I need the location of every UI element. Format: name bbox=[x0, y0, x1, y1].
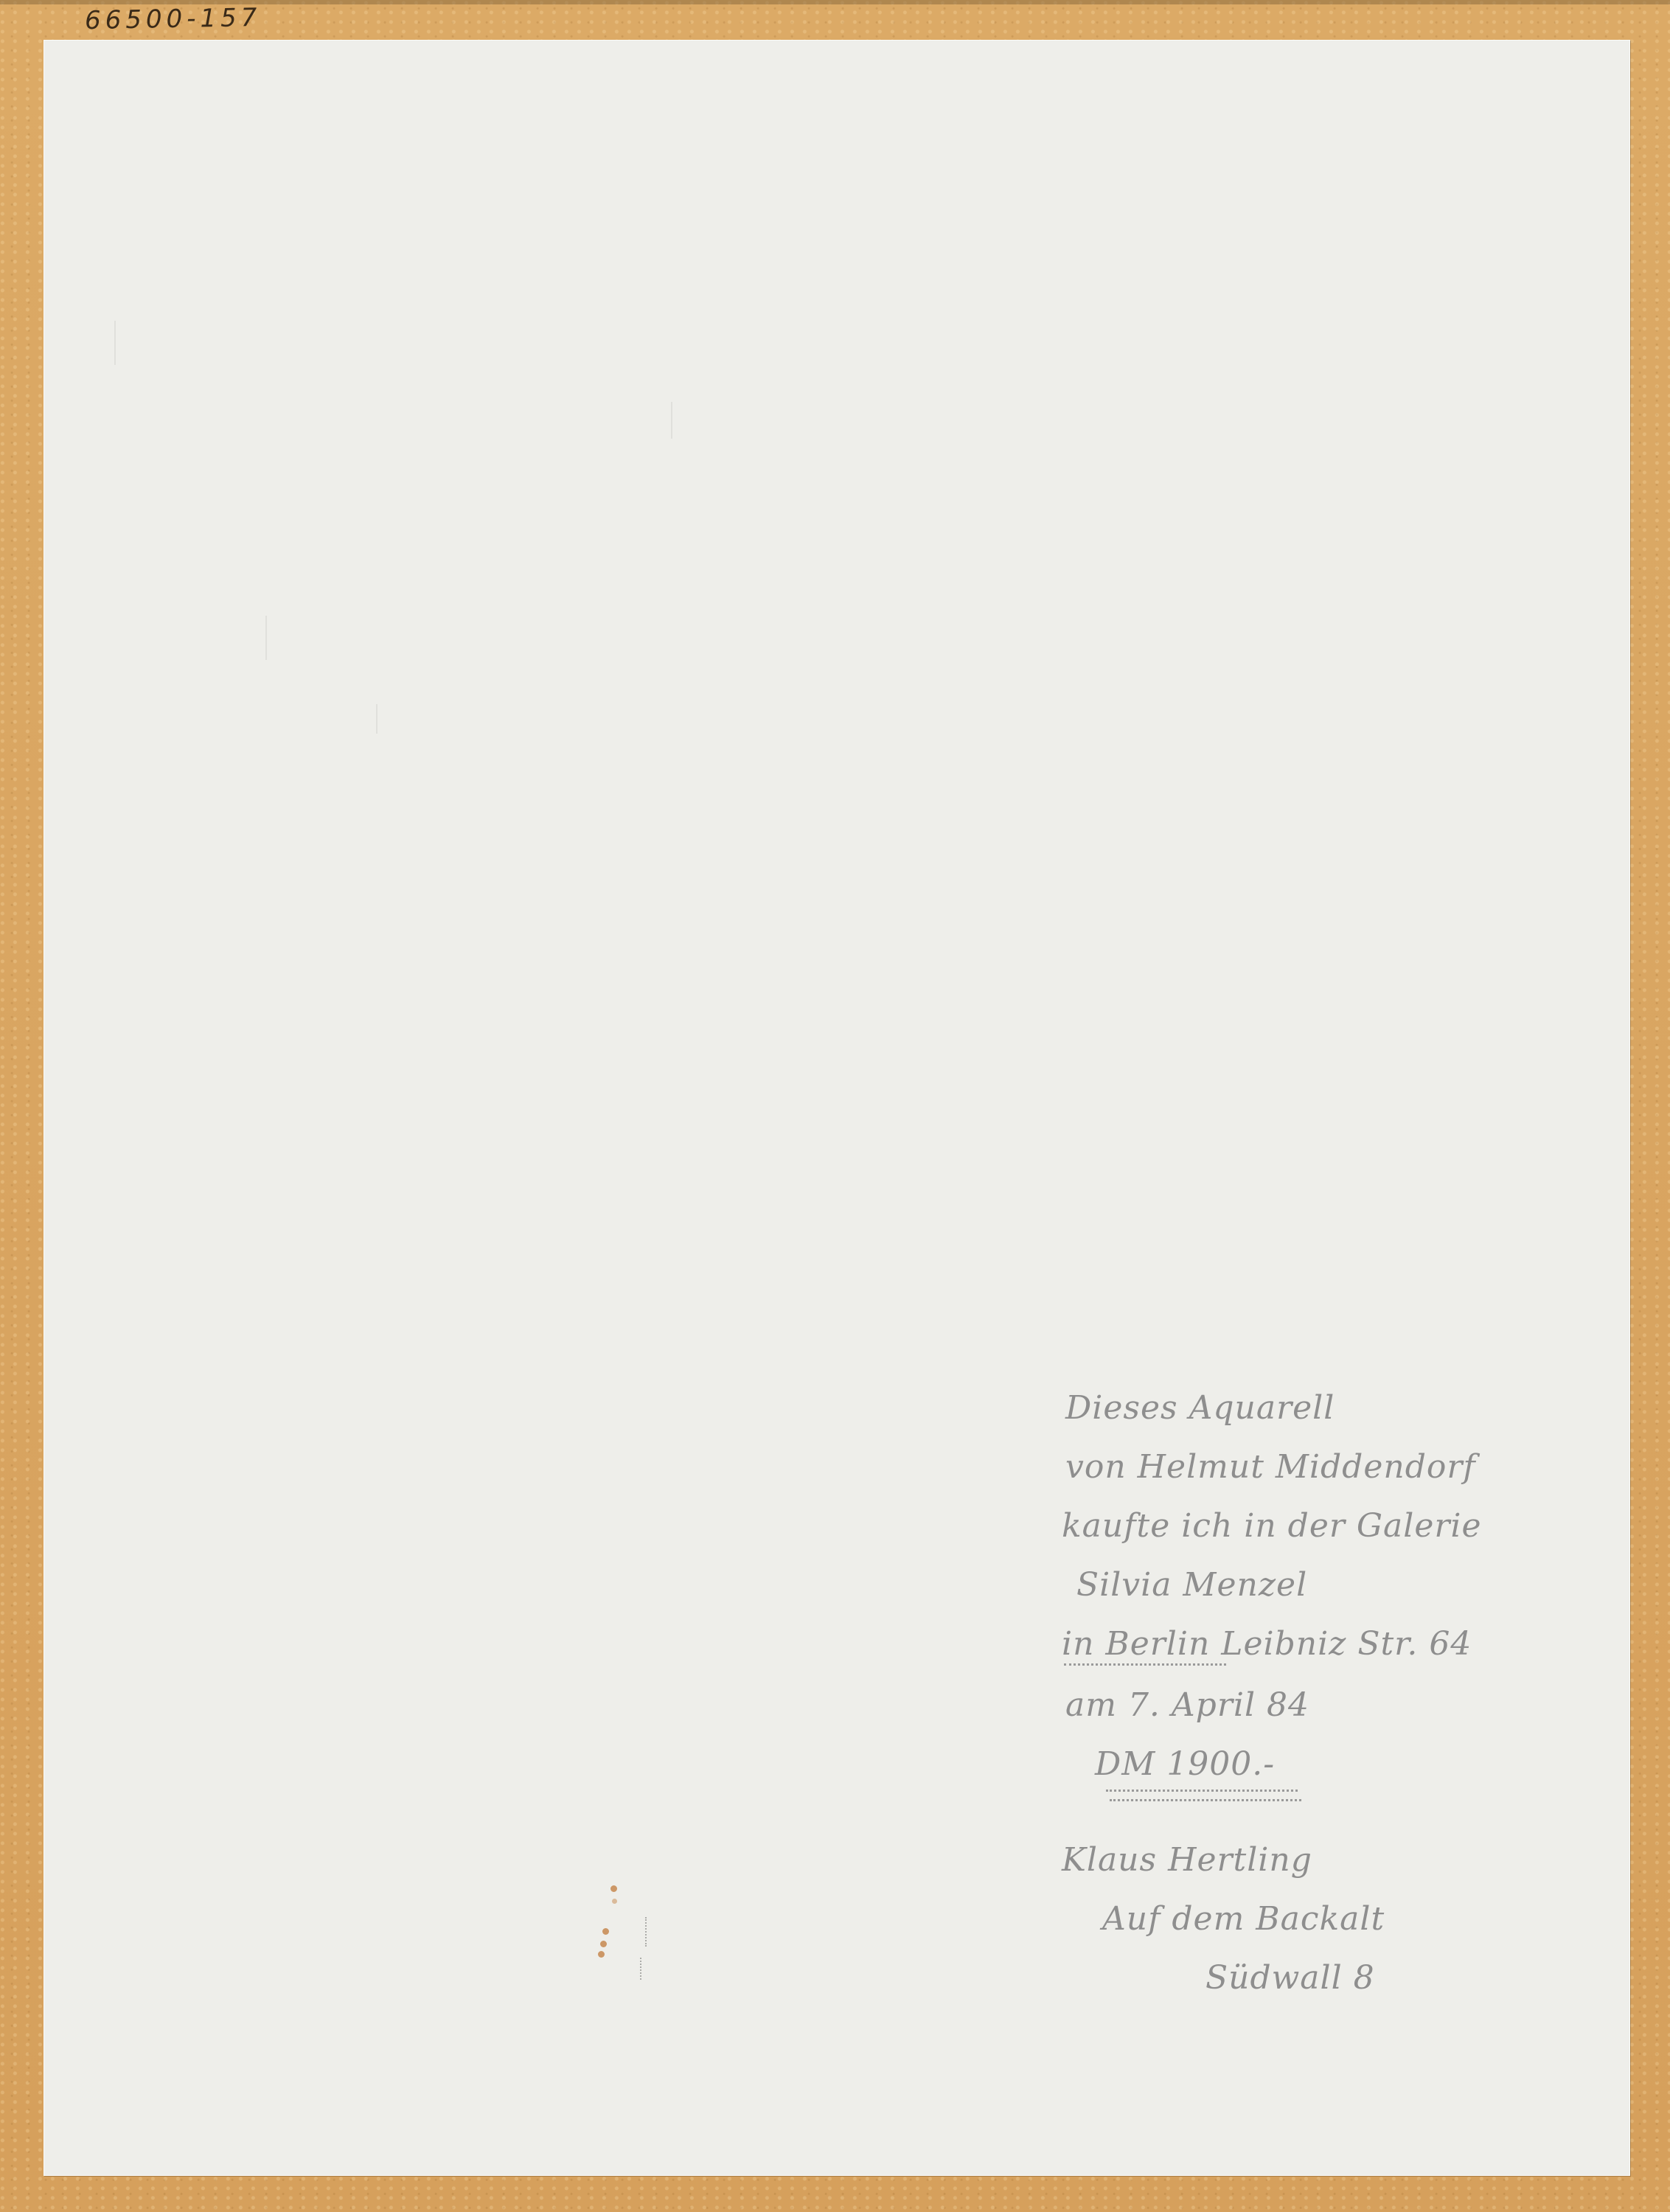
note-line: in Berlin Leibniz Str. 64 bbox=[1036, 1615, 1596, 1674]
pencil-scribble bbox=[645, 1917, 647, 1947]
foxing-stain bbox=[610, 1885, 617, 1892]
note-line: Südwall 8 bbox=[1036, 1949, 1596, 2008]
foxing-stain bbox=[598, 1951, 605, 1958]
note-line: von Helmut Middendorf bbox=[1036, 1438, 1596, 1497]
note-line: Dieses Aquarell bbox=[1036, 1379, 1596, 1438]
underline bbox=[1110, 1799, 1301, 1801]
foxing-stain bbox=[600, 1941, 607, 1947]
foxing-stain bbox=[602, 1928, 609, 1935]
provenance-note: Dieses Aquarell von Helmut Middendorf ka… bbox=[1036, 1379, 1596, 2008]
pencil-scribble bbox=[640, 1958, 641, 1980]
faint-pencil-mark bbox=[265, 616, 267, 660]
faint-pencil-mark bbox=[376, 704, 378, 734]
note-line: am 7. April 84 bbox=[1036, 1676, 1596, 1735]
note-line: kaufte ich in der Galerie bbox=[1036, 1497, 1596, 1556]
foxing-stain bbox=[612, 1899, 617, 1904]
inventory-number: 66500-157 bbox=[85, 3, 262, 35]
note-line: Silvia Menzel bbox=[1036, 1556, 1596, 1615]
faint-pencil-mark bbox=[114, 321, 116, 365]
note-line: Klaus Hertling bbox=[1036, 1831, 1596, 1890]
faint-pencil-mark bbox=[671, 402, 672, 439]
note-line: DM 1900.- bbox=[1036, 1735, 1596, 1794]
note-line: Auf dem Backalt bbox=[1036, 1890, 1596, 1949]
